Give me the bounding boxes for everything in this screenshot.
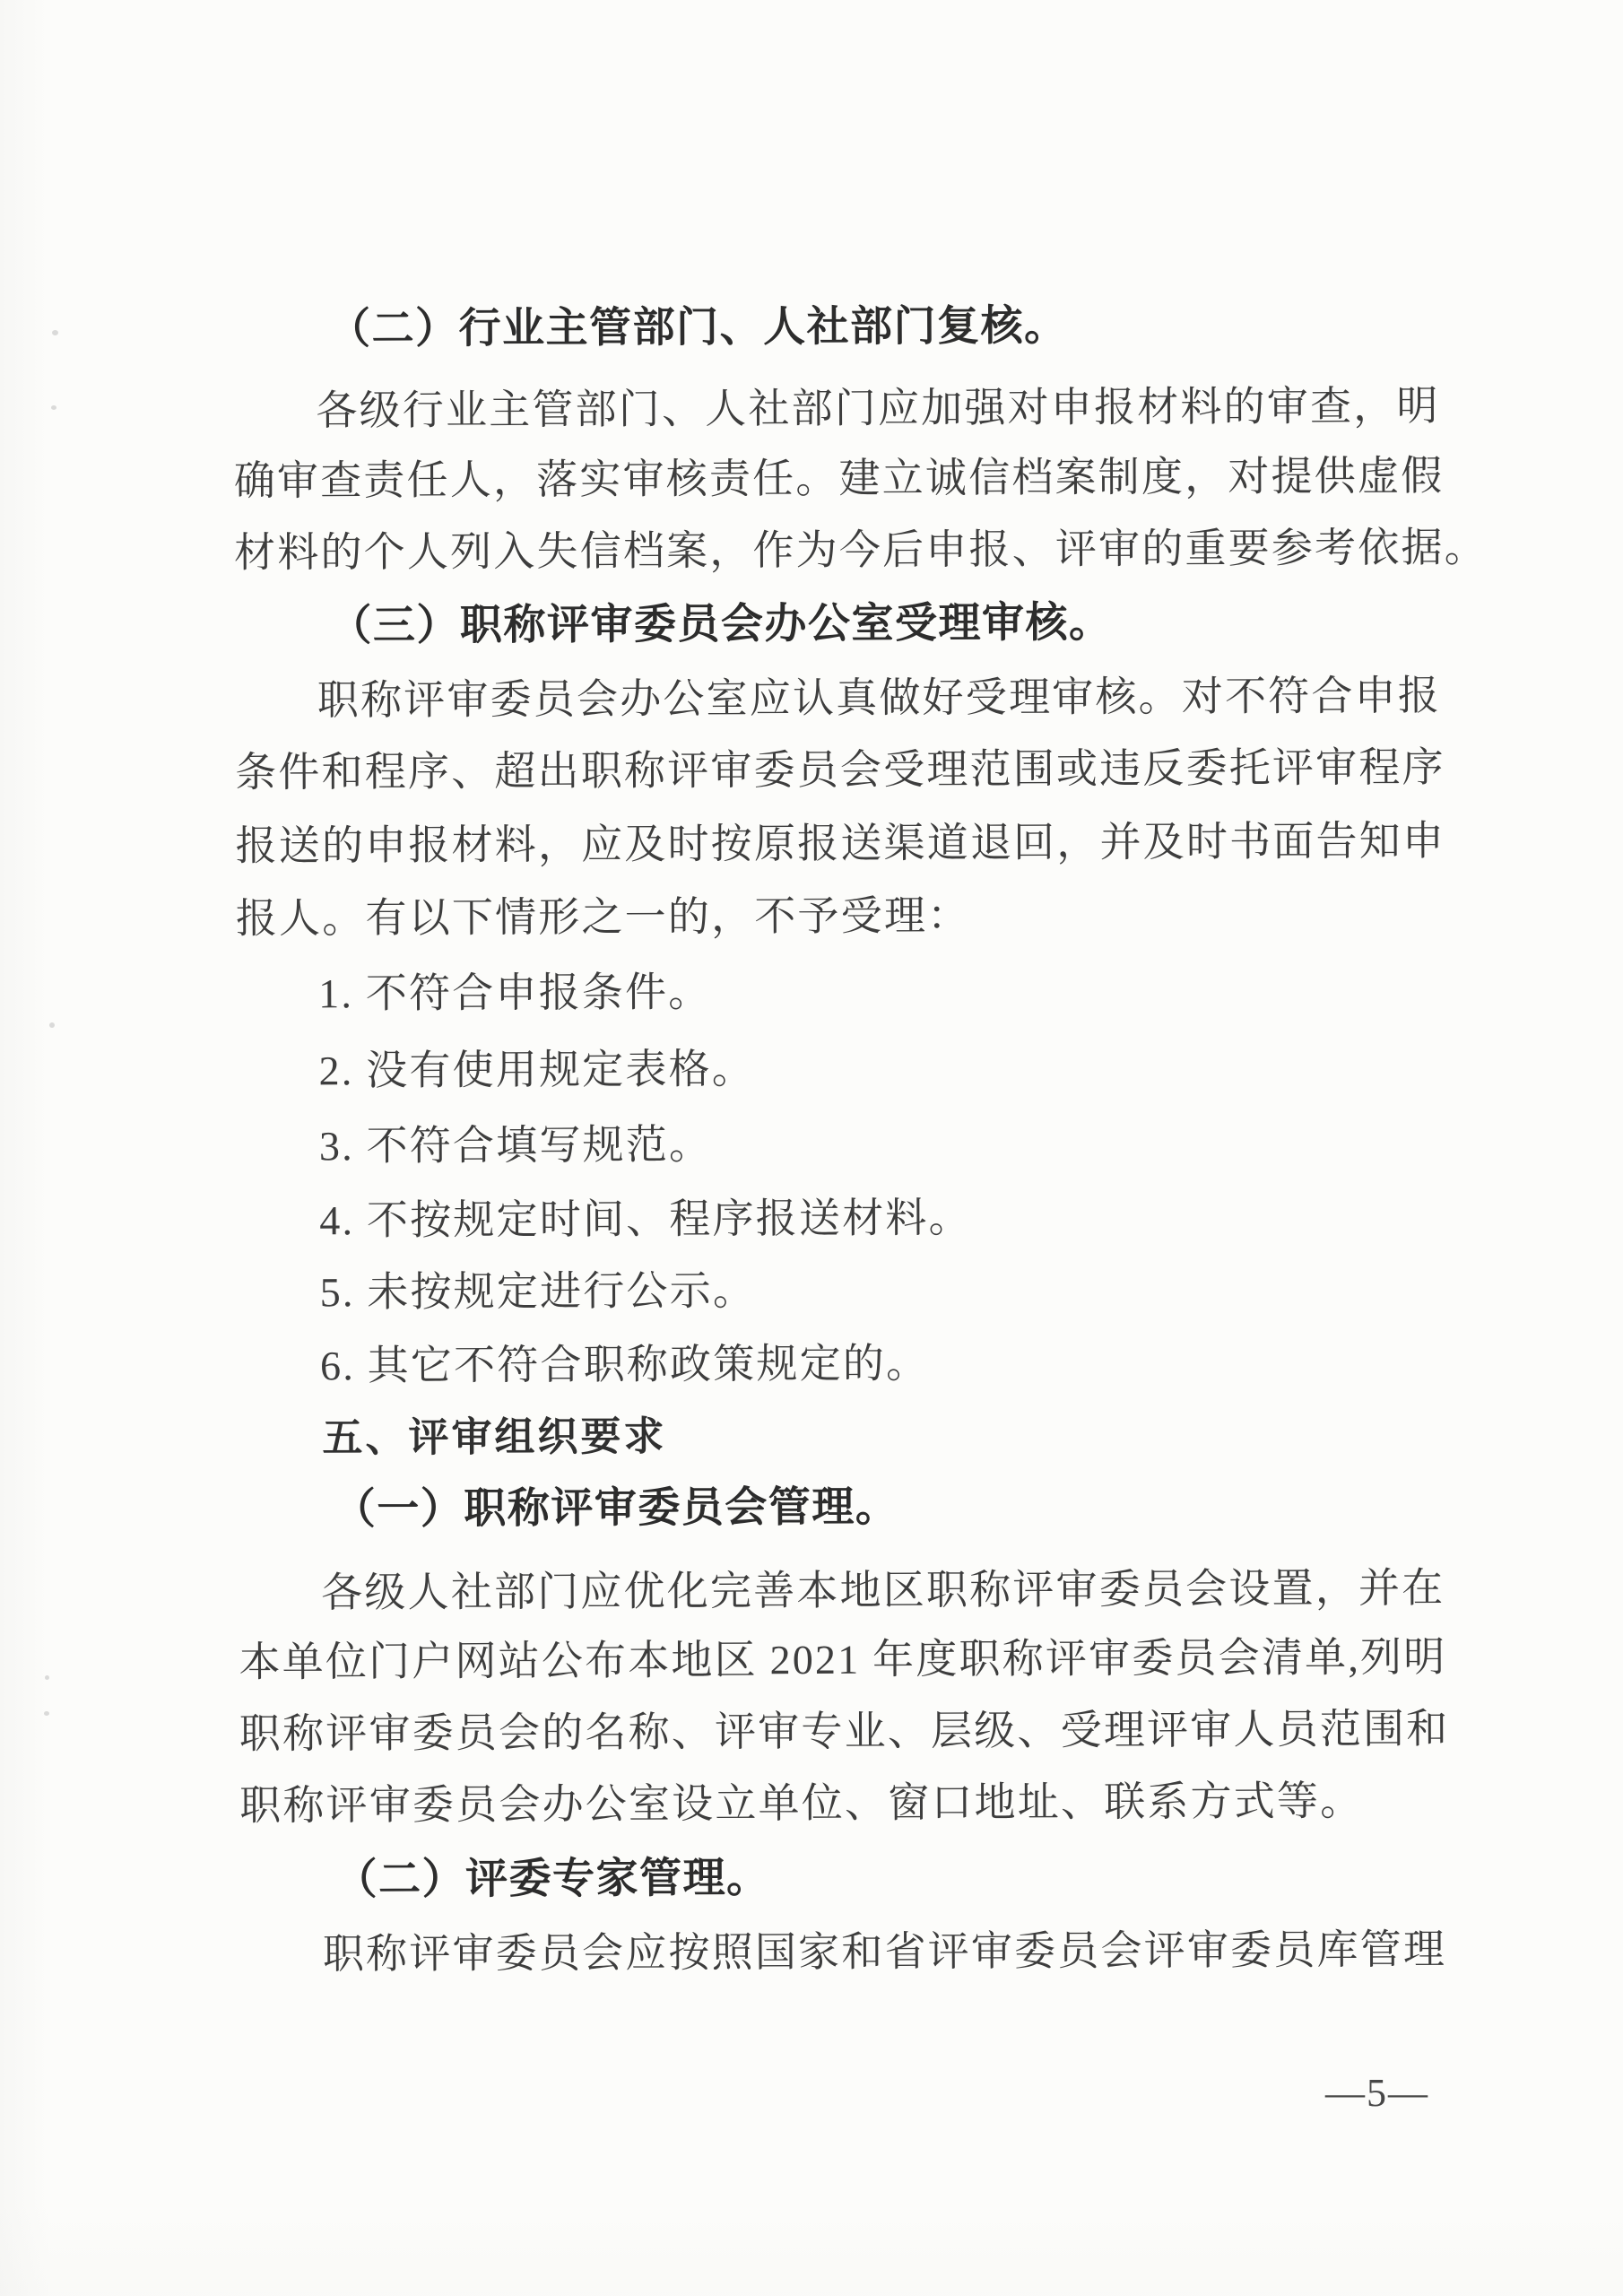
page-number: —5—: [1325, 2070, 1429, 2116]
document-body: （二）行业主管部门、人社部门复核。各级行业主管部门、人社部门应加强对申报材料的审…: [0, 0, 1623, 2296]
section-heading: 五、评审组织要求: [322, 1411, 666, 1465]
paragraph-line: 职称评审委员会办公室应认真做好受理审核。对不符合申报: [317, 670, 1441, 726]
paragraph-line: 条件和程序、超出职称评审委员会受理范围或违反委托评审程序: [235, 742, 1445, 799]
paragraph-line: 确审查责任人，落实审核责任。建立诚信档案制度，对提供虚假: [234, 450, 1445, 508]
scanned-document-page: （二）行业主管部门、人社部门复核。各级行业主管部门、人社部门应加强对申报材料的审…: [0, 0, 1623, 2296]
list-item: 1. 不符合申报条件。: [318, 966, 711, 1020]
paragraph-line: 报送的申报材料，应及时按原报送渠道退回，并及时书面告知申: [235, 815, 1445, 873]
list-item: 4. 不按规定时间、程序报送材料。: [319, 1192, 972, 1247]
list-item: 5. 未按规定进行公示。: [320, 1265, 757, 1318]
paragraph-line: 职称评审委员会的名称、评审专业、层级、受理评审人员范围和: [239, 1703, 1450, 1761]
paragraph-line: 本单位门户网站公布本地区 2021 年度职称评审委员会清单,列明: [239, 1631, 1446, 1689]
section-heading: （二）评委专家管理。: [334, 1852, 769, 1906]
section-heading: （三）职称评审委员会办公室受理审核。: [329, 597, 1112, 653]
paragraph-line: 材料的个人列入失信档案，作为今后申报、评审的重要参考依据。: [234, 522, 1488, 579]
paragraph-line: 职称评审委员会办公室设立单位、窗口地址、联系方式等。: [239, 1775, 1363, 1831]
paragraph-line: 职称评审委员会应按照国家和省评审委员会评审委员库管理: [323, 1924, 1446, 1980]
section-heading: （二）行业主管部门、人社部门复核。: [328, 300, 1068, 356]
list-item: 2. 没有使用规定表格。: [318, 1043, 755, 1097]
section-heading: （一）职称评审委员会管理。: [334, 1482, 899, 1536]
paragraph-line: 各级人社部门应优化完善本地区职称评审委员会设置，并在: [321, 1562, 1445, 1619]
list-item: 6. 其它不符合职称政策规定的。: [320, 1337, 929, 1392]
paragraph-line: 报人。有以下情形之一的，不予受理：: [236, 890, 971, 945]
list-item: 3. 不符合填写规范。: [319, 1118, 712, 1172]
paragraph-line: 各级行业主管部门、人社部门应加强对申报材料的审查，明: [316, 380, 1439, 437]
